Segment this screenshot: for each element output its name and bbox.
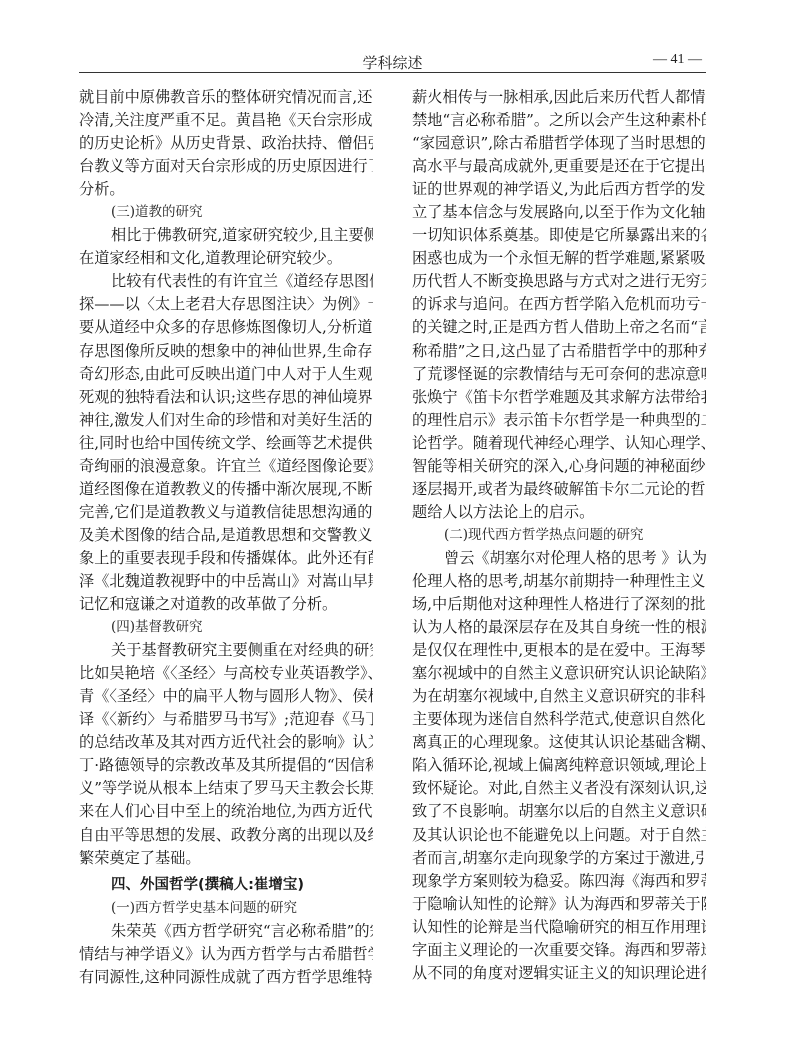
body-line: 高水平与最高成就外,更重要是还在于它提出并论 bbox=[412, 155, 706, 178]
body-line: 题给人以方法论上的启示。 bbox=[412, 501, 706, 524]
body-line: 丁·路德领导的宗教改革及其所提倡的“因信称 bbox=[79, 754, 373, 777]
body-line: 记忆和寇谦之对道教的改革做了分析。 bbox=[79, 593, 373, 616]
body-line: 分析。 bbox=[79, 178, 373, 201]
body-line: 张焕宁《笛卡尔哲学难题及其求解方法带给我们 bbox=[412, 386, 706, 409]
running-header: 学科综述 — 41 — bbox=[79, 44, 706, 72]
body-line: 从不同的角度对逻辑实证主义的知识理论进行修 bbox=[412, 962, 706, 985]
paragraph-start: 相比于佛教研究,道家研究较少,且主要侧重 bbox=[79, 224, 373, 247]
body-line: 致怀疑论。对此,自然主义者没有深刻认识,这导 bbox=[412, 777, 706, 800]
body-line: 致了不良影响。胡塞尔以后的自然主义意识研究 bbox=[412, 800, 706, 823]
subsection-heading-daoism: (三)道教的研究 bbox=[79, 201, 373, 224]
paragraph-start: 朱荣英《西方哲学研究“言必称希腊”的宗教 bbox=[79, 920, 373, 943]
paragraph-start: 关于基督教研究主要侧重在对经典的研究。 bbox=[79, 639, 373, 662]
body-line: 现象学方案则较为稳妥。陈四海《海西和罗蒂关 bbox=[412, 870, 706, 893]
body-line: 冷清,关注度严重不足。黄昌艳《天台宗形成原因 bbox=[79, 109, 373, 132]
body-line: 神往,激发人们对生命的珍惜和对美好生活的向 bbox=[79, 409, 373, 432]
body-line: 要从道经中众多的存思修炼图像切人,分析道门中 bbox=[79, 316, 373, 339]
body-line: 探——以〈太上老君大存思图注诀〉为例》一文主 bbox=[79, 293, 373, 316]
body-line: 繁荣奠定了基础。 bbox=[79, 847, 373, 870]
body-line: 陷入循环论,视域上偏离纯粹意识领域,理论上导 bbox=[412, 754, 706, 777]
body-line: 译《〈新约〉与希腊罗马书写》;范迎春《马丁·路德 bbox=[79, 708, 373, 731]
body-line: 禁地“言必称希腊”。之所以会产生这种素朴的 bbox=[412, 109, 706, 132]
body-line: 离真正的心理现象。这使其认识论基础含糊、思路 bbox=[412, 731, 706, 754]
body-line: 及其认识论也不能避免以上问题。对于自然主义 bbox=[412, 824, 706, 847]
body-line: 来在人们心目中至上的统治地位,为西方近代社会 bbox=[79, 800, 373, 823]
body-line: 字面主义理论的一次重要交锋。海西和罗蒂选择 bbox=[412, 939, 706, 962]
body-line: 道经图像在道教教义的传播中渐次展现,不断丰富 bbox=[79, 478, 373, 501]
body-line: 一切知识体系奠基。即使是它所暴露出来的各种 bbox=[412, 224, 706, 247]
body-line: 场,中后期他对这种理性人格进行了深刻的批判, bbox=[412, 593, 706, 616]
body-line: 情结与神学语义》认为西方哲学与古希腊哲学具 bbox=[79, 943, 373, 966]
body-line: 的诉求与追问。在西方哲学陷入危机而功亏一篑 bbox=[412, 293, 706, 316]
body-line: 称希腊”之日,这凸显了古希腊哲学中的那种充满 bbox=[412, 340, 706, 363]
header-rule bbox=[79, 72, 706, 73]
body-line: 死观的独特看法和认识;这些存思的神仙境界令人 bbox=[79, 386, 373, 409]
body-line: 的历史论析》从历史背景、政治扶持、僧侣弘扬、天 bbox=[79, 132, 373, 155]
left-column: 就目前中原佛教音乐的整体研究情况而言,还略显 冷清,关注度严重不足。黄昌艳《天台… bbox=[79, 86, 373, 989]
body-line: “家园意识”,除古希腊哲学体现了当时思想的最 bbox=[412, 132, 706, 155]
paragraph-start: 曾云《胡塞尔对伦理人格的思考 》认为,对于 bbox=[412, 547, 706, 570]
body-line: 历代哲人不断变换思路与方式对之进行无穷无尽 bbox=[412, 270, 706, 293]
body-line: 往,同时也给中国传统文学、绘画等艺术提供了神 bbox=[79, 432, 373, 455]
body-line: 比如吴艳培《〈圣经〉与高校专业英语教学》、刘丹 bbox=[79, 662, 373, 685]
section-title: 学科综述 bbox=[79, 52, 706, 73]
body-line: 奇绚丽的浪漫意象。许宜兰《道经图像论要》认为 bbox=[79, 455, 373, 478]
body-line: 逐层揭开,或者为最终破解笛卡尔二元论的哲学难 bbox=[412, 478, 706, 501]
body-line: 奇幻形态,由此可反映出道门中人对于人生观、生 bbox=[79, 363, 373, 386]
body-line: 于隐喻认知性的论辩》认为海西和罗蒂关于隐喻 bbox=[412, 893, 706, 916]
body-line: 立了基本信念与发展路向,以至于作为文化轴心为 bbox=[412, 201, 706, 224]
body-line: 义”等学说从根本上结束了罗马天主教会长期以 bbox=[79, 777, 373, 800]
body-line: 有同源性,这种同源性成就了西方哲学思维特质的 bbox=[79, 966, 373, 989]
body-line: 台教义等方面对天台宗形成的历史原因进行了 bbox=[79, 155, 373, 178]
body-line: 的关键之时,正是西方哲人借助上帝之名而“言必 bbox=[412, 316, 706, 339]
body-line: 的理性启示》表示笛卡尔哲学是一种典型的二元 bbox=[412, 409, 706, 432]
subsection-heading-western-philosophy-history: (一)西方哲学史基本问题的研究 bbox=[79, 897, 373, 920]
subsection-heading-christianity: (四)基督教研究 bbox=[79, 616, 373, 639]
body-line: 在道家经相和文化,道教理论研究较少。 bbox=[79, 247, 373, 270]
subsection-heading-modern-western-philosophy: (二)现代西方哲学热点问题的研究 bbox=[412, 524, 706, 547]
body-line: 泽《北魏道教视野中的中岳嵩山》对嵩山早期道教 bbox=[79, 570, 373, 593]
page-number: — 41 — bbox=[653, 52, 702, 68]
body-line: 自由平等思想的发展、政教分离的出现以及经济的 bbox=[79, 824, 373, 847]
body-line: 就目前中原佛教音乐的整体研究情况而言,还略显 bbox=[79, 86, 373, 109]
body-line: 象上的重要表现手段和传播媒体。此外还有薛瑞 bbox=[79, 547, 373, 570]
body-line: 了荒谬怪诞的宗教情结与无可奈何的悲凉意味。 bbox=[412, 363, 706, 386]
body-line: 完善,它们是道教教义与道教信徒思想沟通的桥梁 bbox=[79, 501, 373, 524]
body-line: 塞尔视域中的自然主义意识研究认识论缺陷》认 bbox=[412, 662, 706, 685]
body-line: 青《〈圣经〉中的扁平人物与圆形人物》、侯林梅翻 bbox=[79, 685, 373, 708]
body-line: 主要体现为迷信自然科学范式,使意识自然化,疏 bbox=[412, 708, 706, 731]
body-line: 智能等相关研究的深入,心身问题的神秘面纱也将 bbox=[412, 455, 706, 478]
section-heading-foreign-philosophy: 四、外国哲学(撰稿人:崔增宝) bbox=[79, 874, 373, 897]
paragraph-start: 比较有代表性的有许宜兰《道经存思图像初 bbox=[79, 270, 373, 293]
body-line: 伦理人格的思考,胡基尔前期持一种理性主义的立 bbox=[412, 570, 706, 593]
body-line: 的总结改革及其对西方近代社会的影响》认为马 bbox=[79, 731, 373, 754]
body-line: 为在胡塞尔视域中,自然主义意识研究的非科学性 bbox=[412, 685, 706, 708]
body-line: 及美术图像的结合品,是道教思想和交警教义在形 bbox=[79, 524, 373, 547]
body-line: 论哲学。随着现代神经心理学、认知心理学、人工 bbox=[412, 432, 706, 455]
body-line: 证的世界观的神学语义,为此后西方哲学的发展确 bbox=[412, 178, 706, 201]
body-line: 是仅仅在理性中,更根本的是在爱中。王海琴《胡 bbox=[412, 639, 706, 662]
right-column: 薪火相传与一脉相承,因此后来历代哲人都情不自 禁地“言必称希腊”。之所以会产生这… bbox=[412, 86, 706, 985]
body-line: 存思图像所反映的想象中的神仙世界,生命存在的 bbox=[79, 340, 373, 363]
body-line: 认知性的论辩是当代隐喻研究的相互作用理论和 bbox=[412, 916, 706, 939]
body-line: 者而言,胡塞尔走向现象学的方案过于激进,引入 bbox=[412, 847, 706, 870]
body-line: 薪火相传与一脉相承,因此后来历代哲人都情不自 bbox=[412, 86, 706, 109]
body-line: 困惑也成为一个永恒无解的哲学难题,紧紧吸引着 bbox=[412, 247, 706, 270]
body-line: 认为人格的最深层存在及其自身统一性的根源,不 bbox=[412, 616, 706, 639]
